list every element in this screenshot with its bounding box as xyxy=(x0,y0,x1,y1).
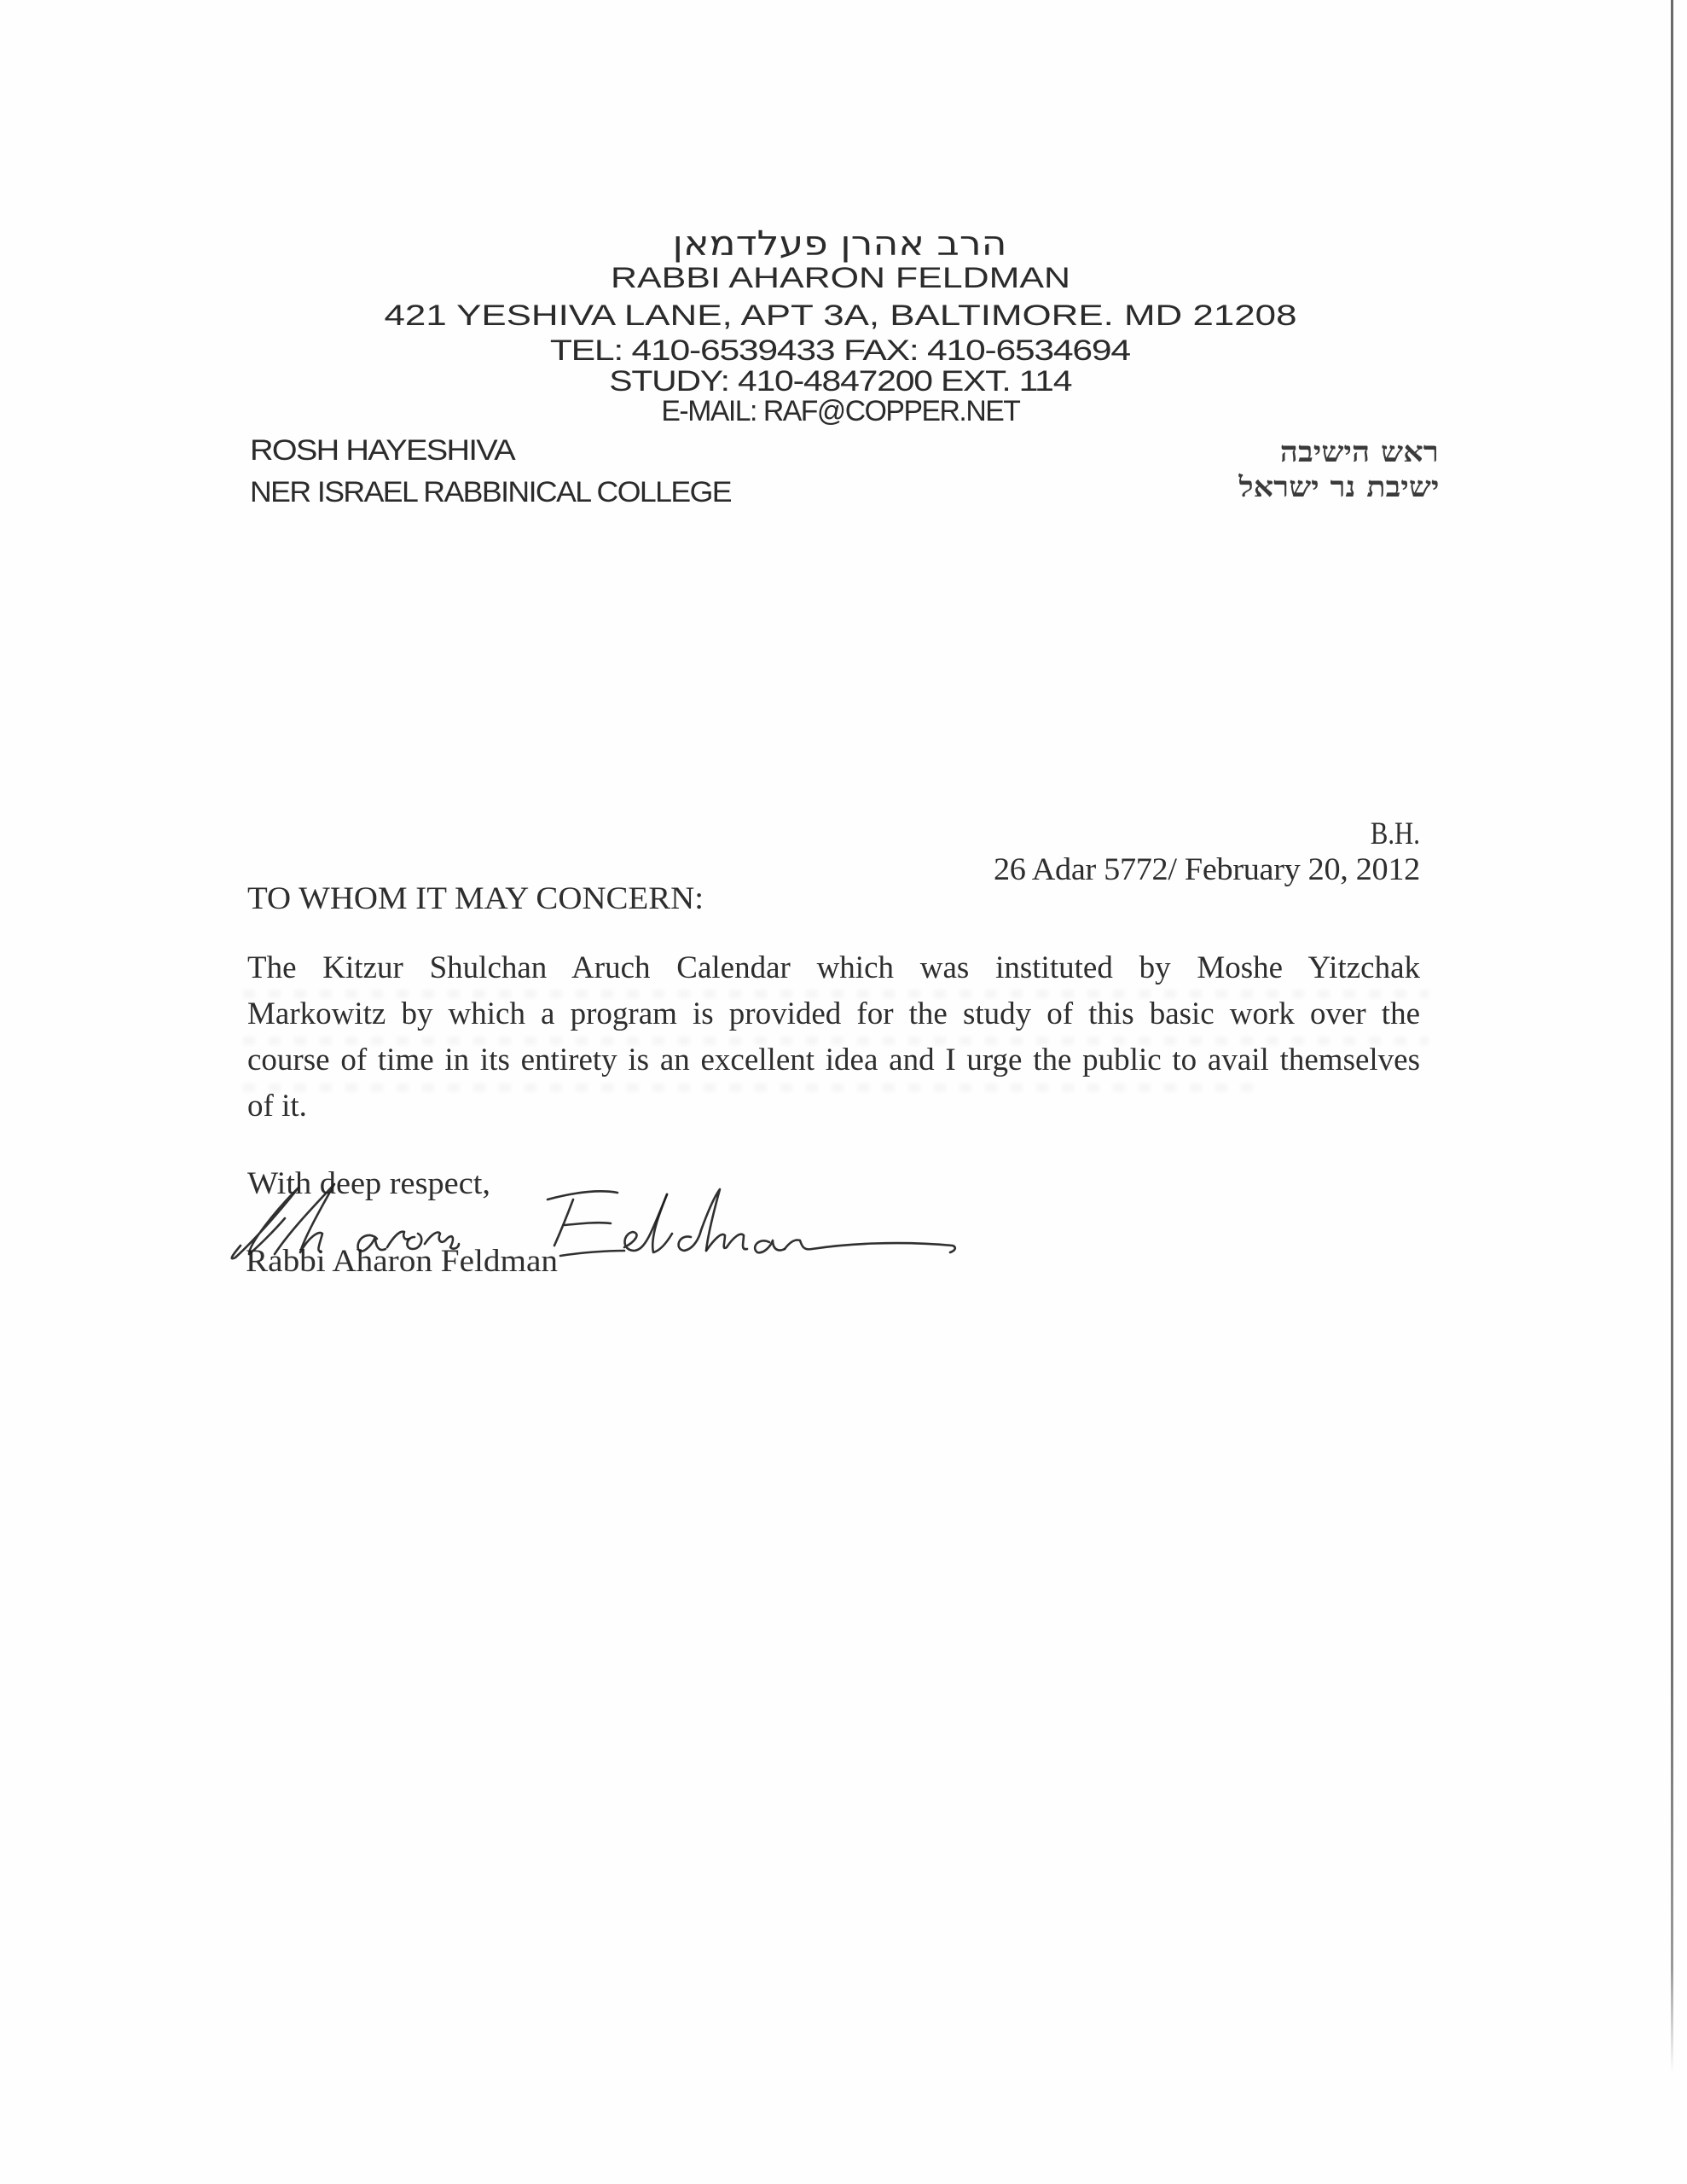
salutation: TO WHOM IT MAY CONCERN: xyxy=(247,880,681,918)
letterhead-study-phone-text: STUDY: 410-4847200 EXT. 114 xyxy=(609,364,1071,398)
letter-body: The Kitzur Shulchan Aruch Calendar which… xyxy=(247,945,1420,1130)
letterhead-phone-fax-text: TEL: 410-6539433 FAX: 410-6534694 xyxy=(550,334,1130,368)
letterhead-name: RABBI AHARON FELDMAN xyxy=(0,261,1680,295)
letterhead-email-text: E-MAIL: RAF@COPPER.NET xyxy=(661,394,1019,428)
letterhead-phone-fax: TEL: 410-6539433 FAX: 410-6534694 xyxy=(0,334,1680,368)
letter-date: 26 Adar 5772/ February 20, 2012 xyxy=(1007,853,1420,887)
bh-marker-text: B.H. xyxy=(1371,817,1420,851)
body-line: course of time in its entirety is an exc… xyxy=(247,1037,1420,1083)
closing-text: With deep respect, xyxy=(247,1165,490,1203)
letterhead-title-hebrew-text: ראש הישיבה xyxy=(1280,435,1439,469)
body-line: The Kitzur Shulchan Aruch Calendar which… xyxy=(247,945,1420,991)
bh-marker: B.H. xyxy=(1360,817,1420,851)
body-line: of it. xyxy=(247,1083,1420,1130)
letterhead-institution-hebrew-text: ישיבת נר ישראל xyxy=(1238,470,1439,504)
letterhead-title-english-text: ROSH HAYESHIVA xyxy=(250,433,514,468)
salutation-text: TO WHOM IT MAY CONCERN: xyxy=(247,880,704,918)
letterhead-email: E-MAIL: RAF@COPPER.NET xyxy=(0,394,1680,428)
closing: With deep respect, xyxy=(247,1165,482,1203)
signer-name-text: Rabbi Aharon Feldman xyxy=(246,1243,558,1281)
letterhead-hebrew-name-text: הרב אהרן פעלדמאן xyxy=(673,224,1007,264)
letterhead-title-english: ROSH HAYESHIVA xyxy=(250,433,485,468)
letter-page: הרב אהרן פעלדמאן RABBI AHARON FELDMAN 42… xyxy=(0,0,1687,2184)
letterhead-address: 421 YESHIVA LANE, APT 3A, BALTIMORE. MD … xyxy=(0,299,1680,333)
letterhead-institution-english-text: NER ISRAEL RABBINICAL COLLEGE xyxy=(250,475,731,509)
letter-date-text: 26 Adar 5772/ February 20, 2012 xyxy=(994,853,1420,887)
signer-name: Rabbi Aharon Feldman xyxy=(246,1243,540,1281)
letterhead-hebrew-name: הרב אהרן פעלדמאן xyxy=(0,224,1680,264)
letterhead-title-hebrew: ראש הישיבה xyxy=(1296,435,1439,469)
letterhead-study-phone: STUDY: 410-4847200 EXT. 114 xyxy=(0,364,1680,398)
letterhead-institution-hebrew: ישיבת נר ישראל xyxy=(1259,470,1439,504)
body-line: Markowitz by which a program is provided… xyxy=(247,991,1420,1037)
letterhead-institution-english: NER ISRAEL RABBINICAL COLLEGE xyxy=(250,475,709,509)
letterhead-name-text: RABBI AHARON FELDMAN xyxy=(611,261,1070,295)
letterhead-address-text: 421 YESHIVA LANE, APT 3A, BALTIMORE. MD … xyxy=(384,299,1296,333)
